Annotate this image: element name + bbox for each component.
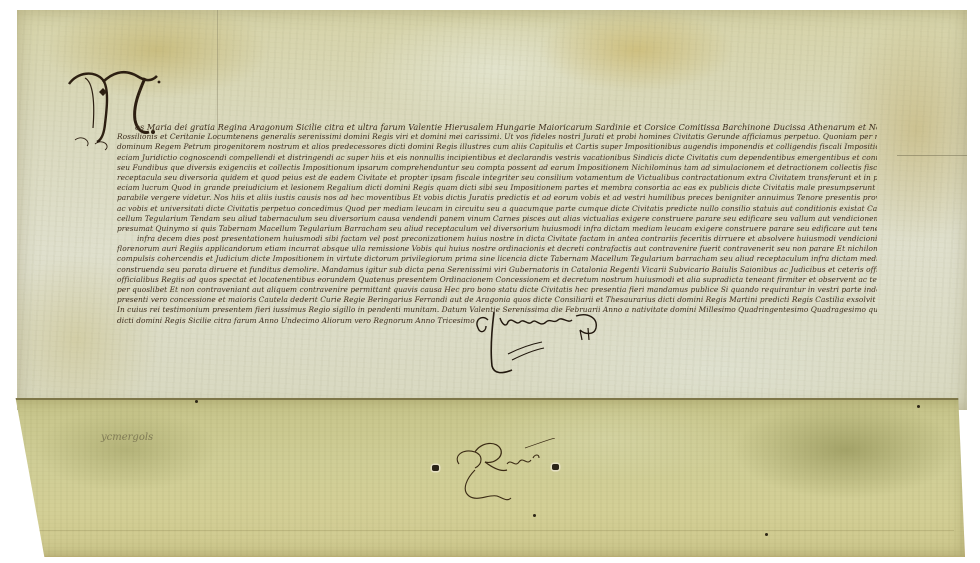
text-line: presumat Quinymo si quis Tabernam Macell…	[117, 224, 877, 234]
text-line: os Maria dei gratia Regina Aragonum Sici…	[117, 122, 877, 132]
text-line: seu Fundibus que diversis exigenciis et …	[117, 163, 877, 173]
ink-speck	[533, 514, 536, 517]
seal-cord-hole-right	[552, 464, 559, 470]
royal-signature-icon	[472, 308, 612, 378]
ink-speck	[195, 400, 198, 403]
text-line: construenda seu parata diruere et fundit…	[117, 265, 877, 275]
manuscript-photo: os Maria dei gratia Regina Aragonum Sici…	[0, 0, 980, 563]
text-line: parabile vergere videtur. Nos hiis et al…	[117, 193, 877, 203]
text-line: Rossilionis et Ceritanie Locumtenens gen…	[117, 132, 877, 142]
parchment-sheet: os Maria dei gratia Regina Aragonum Sici…	[17, 10, 967, 410]
text-line: eciam lucrum Quod in grande preiudicium …	[117, 183, 877, 193]
text-line: eciam Juridictio cognoscendi compellendi…	[117, 153, 877, 163]
charter-text: os Maria dei gratia Regina Aragonum Sici…	[117, 122, 877, 326]
text-line: per quoslibet Et non contraveniant aut a…	[117, 285, 877, 295]
text-line: receptacula seu diversoria quidem et quo…	[117, 173, 877, 183]
regina-annotation-icon	[445, 438, 555, 508]
text-line: cellum Tegularium Tendam seu aliud taber…	[117, 214, 877, 224]
text-line: infra decem dies post presentationem hui…	[117, 234, 877, 244]
text-line: dominum Regem Petrum progenitorem nostru…	[117, 142, 877, 152]
text-line: compulsis cohercendis et Judicium dicte …	[117, 254, 877, 264]
endorsement-note: ycmergols	[101, 432, 153, 443]
ink-speck	[917, 405, 920, 408]
fold-crease-right	[897, 155, 967, 156]
text-line: presenti vero concessione et maioris Cau…	[117, 295, 877, 305]
seal-cord-hole-left	[432, 465, 439, 471]
text-line: florenorum auri Regiis applicandorum eti…	[117, 244, 877, 254]
text-line: ac vobis et universitati dicte Civitatis…	[117, 204, 877, 214]
plica-crease	[26, 530, 954, 531]
ink-speck	[765, 533, 768, 536]
text-line: officialibus Regiis ad quos spectat et l…	[117, 275, 877, 285]
